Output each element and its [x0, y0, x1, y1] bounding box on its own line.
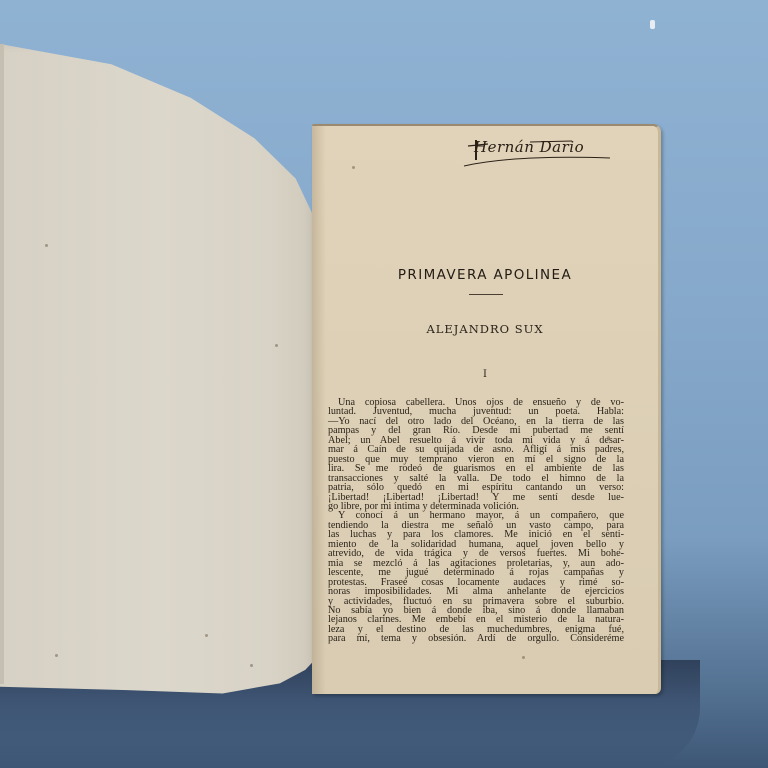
paper-speck [250, 664, 253, 667]
left-page [0, 44, 318, 717]
text-line: para mí, tema y obsesión. Ardí de orgull… [328, 634, 624, 643]
body-text: Una copiosa cabellera. Unos ojos de ensu… [328, 398, 624, 644]
left-page-edge [0, 44, 4, 684]
title-rule-divider [469, 294, 503, 295]
section-numeral: I [312, 369, 658, 380]
paper-speck [275, 344, 278, 347]
paper-speck [55, 654, 58, 657]
handwritten-signature: Hernán Dario [460, 134, 620, 170]
paper-speck [352, 166, 355, 169]
background-fleck [650, 20, 655, 29]
paper-speck [205, 634, 208, 637]
chapter-title: PRIMAVERA APOLINEA [312, 267, 658, 283]
signature-text: Hernán Dario [474, 138, 584, 156]
right-page: Hernán Dario PRIMAVERA APOLINEA ALEJANDR… [312, 124, 661, 694]
paper-speck [607, 436, 610, 439]
author-name: ALEJANDRO SUX [312, 322, 658, 336]
paper-speck [45, 244, 48, 247]
paper-speck [522, 656, 525, 659]
